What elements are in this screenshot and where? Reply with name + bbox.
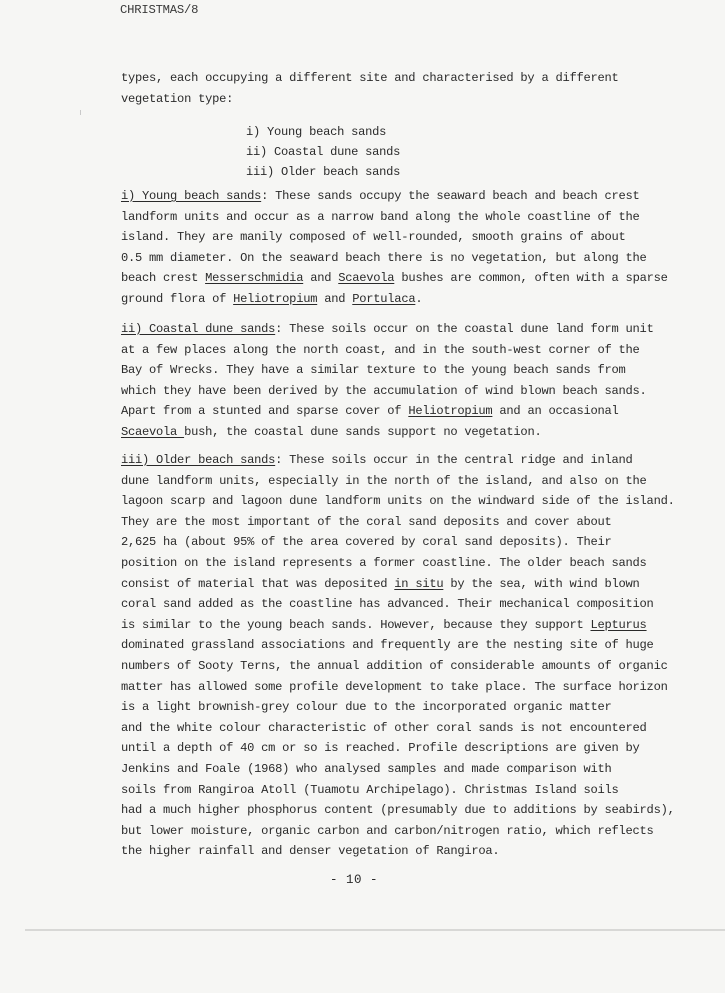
text-line: position on the island represents a form… <box>121 553 681 574</box>
text-line: dune landform units, especially in the n… <box>121 471 681 492</box>
section-coastal-dune-sands: ii) Coastal dune sands: These soils occu… <box>121 319 641 443</box>
page-edge-divider <box>25 929 725 931</box>
page-number: - 10 - <box>330 873 378 887</box>
intro-paragraph: types, each occupying a different site a… <box>121 68 641 109</box>
text-line: which they have been derived by the accu… <box>121 381 641 402</box>
scan-mark <box>80 110 81 115</box>
section-older-beach-sands: iii) Older beach sands: These soils occu… <box>121 450 681 862</box>
text-line: but lower moisture, organic carbon and c… <box>121 821 681 842</box>
species-name: Scaevola <box>338 271 394 285</box>
species-name: Lepturus <box>591 618 647 632</box>
text-line: : These soils occur on the coastal dune … <box>275 322 653 336</box>
text-line: Jenkins and Foale (1968) who analysed sa… <box>121 759 681 780</box>
text-line: coral sand added as the coastline has ad… <box>121 594 681 615</box>
text-line: beach crest Messerschmidia and Scaevola … <box>121 268 641 289</box>
text-line: lagoon scarp and lagoon dune landform un… <box>121 491 681 512</box>
list-item: iii) Older beach sands <box>246 162 400 182</box>
text-line: at a few places along the north coast, a… <box>121 340 641 361</box>
text-line: and the white colour characteristic of o… <box>121 718 681 739</box>
species-name: Messerschmidia <box>205 271 303 285</box>
species-name: Scaevola <box>121 425 184 439</box>
text-line: ground flora of Heliotropium and Portula… <box>121 289 641 310</box>
text-line: the higher rainfall and denser vegetatio… <box>121 841 681 862</box>
section-heading: iii) Older beach sands <box>121 453 275 467</box>
text-line: numbers of Sooty Terns, the annual addit… <box>121 656 681 677</box>
text-line: 0.5 mm diameter. On the seaward beach th… <box>121 248 641 269</box>
species-name: Heliotropium <box>233 292 317 306</box>
text-line: They are the most important of the coral… <box>121 512 681 533</box>
text-line: Bay of Wrecks. They have a similar textu… <box>121 360 641 381</box>
text-line: types, each occupying a different site a… <box>121 68 641 89</box>
document-page: CHRISTMAS/8 types, each occupying a diff… <box>0 0 725 993</box>
section-heading: i) Young beach sands <box>121 189 261 203</box>
species-name: Heliotropium <box>408 404 492 418</box>
text-line: island. They are manily composed of well… <box>121 227 641 248</box>
soil-types-list: i) Young beach sands ii) Coastal dune sa… <box>246 122 400 182</box>
section-young-beach-sands: i) Young beach sands: These sands occupy… <box>121 186 641 310</box>
text-line: dominated grassland associations and fre… <box>121 635 681 656</box>
text-line: Apart from a stunted and sparse cover of… <box>121 401 641 422</box>
text-line: landform units and occur as a narrow ban… <box>121 207 641 228</box>
list-item: ii) Coastal dune sands <box>246 142 400 162</box>
text-line: matter has allowed some profile developm… <box>121 677 681 698</box>
text-line: is a light brownish-grey colour due to t… <box>121 697 681 718</box>
text-line: : These soils occur in the central ridge… <box>275 453 632 467</box>
text-line: soils from Rangiroa Atoll (Tuamotu Archi… <box>121 780 681 801</box>
text-line: had a much higher phosphorus content (pr… <box>121 800 681 821</box>
species-name: Portulaca <box>352 292 415 306</box>
text-line: vegetation type: <box>121 89 641 110</box>
text-line: 2,625 ha (about 95% of the area covered … <box>121 532 681 553</box>
text-line: : These sands occupy the seaward beach a… <box>261 189 639 203</box>
document-header: CHRISTMAS/8 <box>120 3 198 17</box>
text-line: until a depth of 40 cm or so is reached.… <box>121 738 681 759</box>
text-line: consist of material that was deposited i… <box>121 574 681 595</box>
latin-term: in situ <box>394 577 443 591</box>
text-line: is similar to the young beach sands. How… <box>121 615 681 636</box>
section-heading: ii) Coastal dune sands <box>121 322 275 336</box>
text-line: Scaevola bush, the coastal dune sands su… <box>121 422 641 443</box>
list-item: i) Young beach sands <box>246 122 400 142</box>
